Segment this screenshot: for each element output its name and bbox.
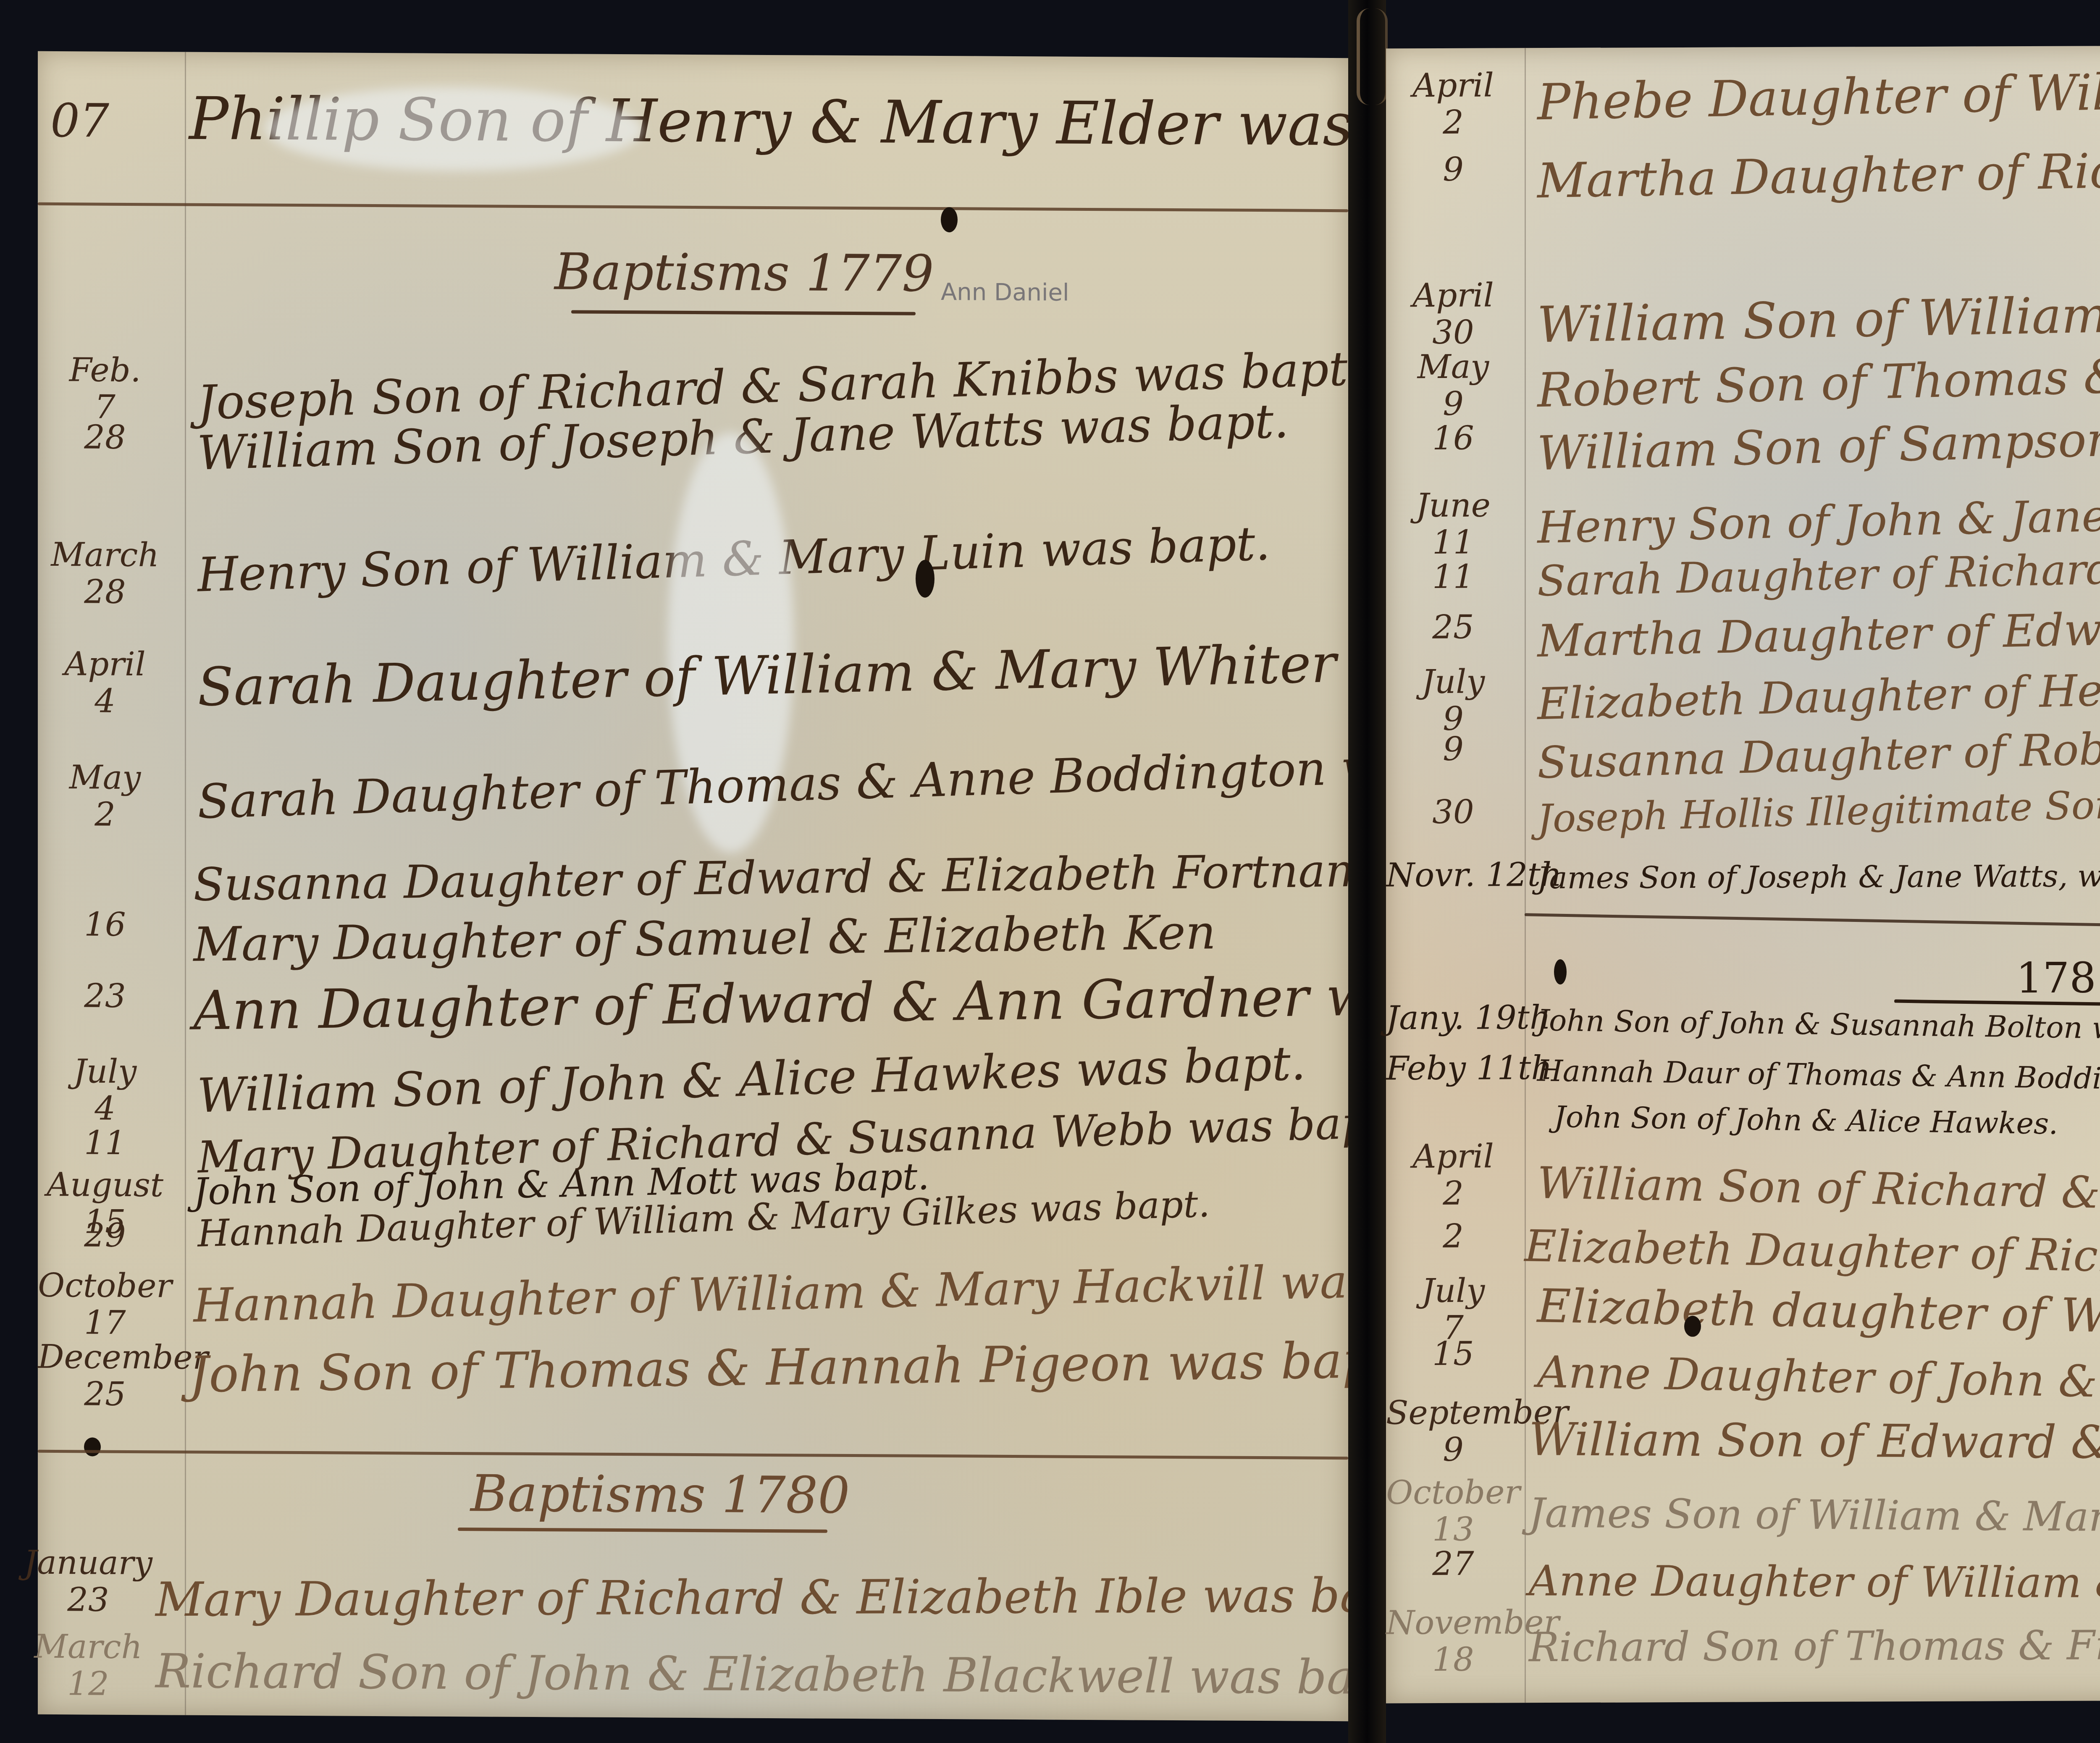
entry-month: July: [73, 1053, 137, 1091]
ink-blot: [941, 207, 958, 232]
entry-date: October17: [38, 1269, 172, 1340]
entry-month: April: [1412, 277, 1494, 315]
entry-date: September9: [1386, 1396, 1520, 1466]
book-gutter: [1348, 0, 1386, 1743]
entry-day: 15: [1386, 1337, 1520, 1370]
entry-date: 16: [1386, 417, 1520, 455]
entry-date: 16: [38, 904, 172, 942]
pencil-note: Ann Daniel: [941, 278, 1069, 307]
entry-date: April30: [1386, 279, 1520, 349]
entry-day: 2: [38, 798, 172, 832]
entry-text: John Son of John & Alice Hawkes.: [1554, 1102, 2058, 1139]
entry-day: 28: [38, 421, 172, 454]
register-spread: 07 Phillip Son of Henry & Mary Elder was…: [0, 0, 2100, 1743]
entry-month: March: [51, 536, 159, 574]
title-underline: [571, 310, 916, 315]
entry-month: July: [1422, 663, 1485, 701]
entry-text: Hannah Daur of Thomas & Ann Boddington: [1537, 1056, 2100, 1095]
section-divider: [38, 202, 1348, 212]
entry-day: 11: [1386, 526, 1520, 559]
entry-text: Mary Daughter of Samuel & Elizabeth Ken: [193, 909, 1216, 969]
entry-text: Anne Daughter of William & Anne Haynes w…: [1529, 1560, 2100, 1606]
entry-date: 28: [38, 417, 172, 454]
entry-day: 9: [1386, 1433, 1520, 1466]
entry-day: 17: [38, 1306, 172, 1340]
entry-month: Novr.: [1386, 856, 1475, 895]
entry-date: 11: [38, 1122, 172, 1160]
entry-day: 25: [1386, 611, 1520, 644]
entry-date: Feb.7: [38, 354, 172, 424]
section-title-1781: 1781.: [2016, 953, 2100, 1003]
entry-date: June11: [1386, 489, 1520, 559]
entry-day: 30: [1386, 316, 1520, 349]
entry-month: July: [1422, 1272, 1485, 1310]
entry-day: 18: [1386, 1643, 1520, 1676]
entry-date: May9: [1386, 350, 1520, 420]
entry-date: 15: [1386, 1333, 1520, 1370]
entry-date: 2: [1386, 1215, 1520, 1253]
entry-date: 11: [1386, 556, 1520, 593]
entry-month: Jany.: [1386, 999, 1465, 1037]
entry-day: [1386, 1102, 1520, 1102]
entry-date: November18: [1386, 1606, 1520, 1676]
entry-month: May: [1417, 348, 1489, 386]
entry-text: Hannah Daughter of William & Mary Hackvi…: [193, 1255, 1507, 1328]
entry-text: Anne Daughter of John & Elizabeth Hawkin…: [1537, 1350, 2100, 1416]
entry-month: August: [47, 1166, 163, 1204]
entry-day: 16: [1386, 422, 1520, 455]
section-divider: [38, 1450, 1348, 1459]
entry-date: May2: [38, 761, 172, 832]
entry-month: April: [1412, 67, 1494, 105]
entry-date: 27: [1386, 1543, 1520, 1580]
entry-text: Richard Son of Thomas & Frances Tuckey w…: [1529, 1623, 2100, 1667]
entry-date: 9: [1386, 728, 1520, 766]
entry-date: 29: [38, 1215, 172, 1252]
entry-date: [38, 853, 172, 858]
entry-date: 9: [1386, 149, 1520, 186]
entry-date: 23: [38, 975, 172, 1013]
entry-month: October: [38, 1267, 172, 1305]
entry-day: 9: [1386, 732, 1520, 766]
title-underline: [458, 1528, 827, 1533]
entry-day: 13: [1386, 1513, 1520, 1546]
entry-date: July4: [38, 1055, 172, 1126]
entry-day: [38, 858, 172, 858]
entry-day: 4: [38, 1092, 172, 1126]
entry-date: March28: [38, 538, 172, 609]
entry-day: 4: [38, 685, 172, 718]
entry-date: Novr. 12th: [1386, 858, 1520, 892]
ink-blot: [1684, 1316, 1701, 1337]
entry-date: April4: [38, 648, 172, 718]
entry-date: April2: [1386, 69, 1520, 139]
entry-text: Phebe Daughter of William & Ann Stephins…: [1537, 54, 2100, 127]
entry-day: 9: [1386, 387, 1520, 420]
entry-month: April: [64, 645, 145, 683]
entry-text: William Son of Richard & Anne Prophet wa…: [1537, 1161, 2100, 1225]
section-divider: [1525, 913, 2100, 936]
entry-day: 27: [1386, 1547, 1520, 1580]
entry-date: October13: [1386, 1476, 1520, 1546]
binding-thread: [1357, 8, 1388, 105]
entry-date: March12: [21, 1630, 155, 1701]
entry-month: June: [1416, 487, 1491, 525]
entry-day: 28: [38, 575, 172, 609]
entry-day: 30: [1386, 795, 1520, 829]
entry-date: 07: [38, 97, 122, 144]
entry-day: 9: [1386, 153, 1520, 186]
entry-day: 29: [38, 1219, 172, 1252]
entry-date: January23: [21, 1546, 155, 1617]
entry-date: Feby 11th: [1386, 1052, 1520, 1085]
entry-day: 2: [1386, 1220, 1520, 1253]
entry-day: 23: [38, 979, 172, 1013]
entry-day: 2: [1386, 106, 1520, 139]
entry-date: July9: [1386, 665, 1520, 735]
entry-month: January: [24, 1544, 152, 1583]
entry-day: 11: [1386, 560, 1520, 593]
section-title-1780: Baptisms 1780: [470, 1465, 850, 1525]
entry-day: 25: [38, 1378, 172, 1411]
entry-text: Mary Daughter of Richard & Elizabeth Ibl…: [155, 1572, 1432, 1624]
entry-date: 30: [1386, 791, 1520, 829]
entry-text: John Son of Thomas & Hannah Pigeon was b…: [189, 1335, 1410, 1399]
entry-day: 12: [21, 1667, 155, 1701]
entry-date: December25: [38, 1341, 172, 1411]
entry-day: 2: [1386, 1177, 1520, 1210]
entry-text: John Son of John & Susannah Bolton was b…: [1537, 1005, 2100, 1045]
section-title-1779: Baptisms 1779: [554, 243, 934, 303]
entry-text: Elizabeth daughter of William & Mary Tha…: [1537, 1283, 2100, 1352]
entry-day: 11: [38, 1126, 172, 1160]
entry-date: [1386, 1098, 1520, 1102]
entry-date: 25: [1386, 606, 1520, 644]
ink-blot: [916, 560, 934, 598]
entry-text: James Son of William & Mary Matthews was…: [1528, 1493, 2100, 1540]
entry-text: Martha Daughter of Richard & Elizabeth L…: [1537, 131, 2100, 205]
ink-blot: [84, 1437, 101, 1456]
left-page: 07 Phillip Son of Henry & Mary Elder was…: [38, 51, 1348, 1721]
entry-month: December: [38, 1338, 208, 1377]
entry-day: 16: [38, 908, 172, 942]
entry-month: March: [34, 1628, 142, 1666]
entry-text: Henry Son of John & Jane Buckingham was …: [1537, 483, 2100, 549]
entry-text: Richard Son of John & Elizabeth Blackwel…: [155, 1648, 1419, 1701]
entry-day: 23: [21, 1583, 155, 1617]
entry-text: William Son of William & Georgherode Hei…: [1537, 275, 2100, 349]
left-margin-rule: [185, 52, 186, 1715]
entry-month: May: [69, 759, 141, 797]
entry-month: Feb.: [69, 351, 141, 389]
right-page: 34 61 April2 Phebe Daughter of William &…: [1386, 44, 2100, 1704]
entry-date: April2: [1386, 1140, 1520, 1210]
entry-month: Feby: [1386, 1050, 1466, 1088]
entry-date: Jany. 19th: [1386, 1001, 1520, 1034]
ink-blot: [1554, 959, 1567, 984]
entry-month: April: [1412, 1138, 1494, 1176]
entry-month: October: [1386, 1473, 1520, 1512]
entry-text: James Son of Joseph & Jane Watts, was ba…: [1537, 860, 2100, 893]
entry-text: William Son of Edward & Elizabeth Fortna…: [1529, 1417, 2100, 1470]
